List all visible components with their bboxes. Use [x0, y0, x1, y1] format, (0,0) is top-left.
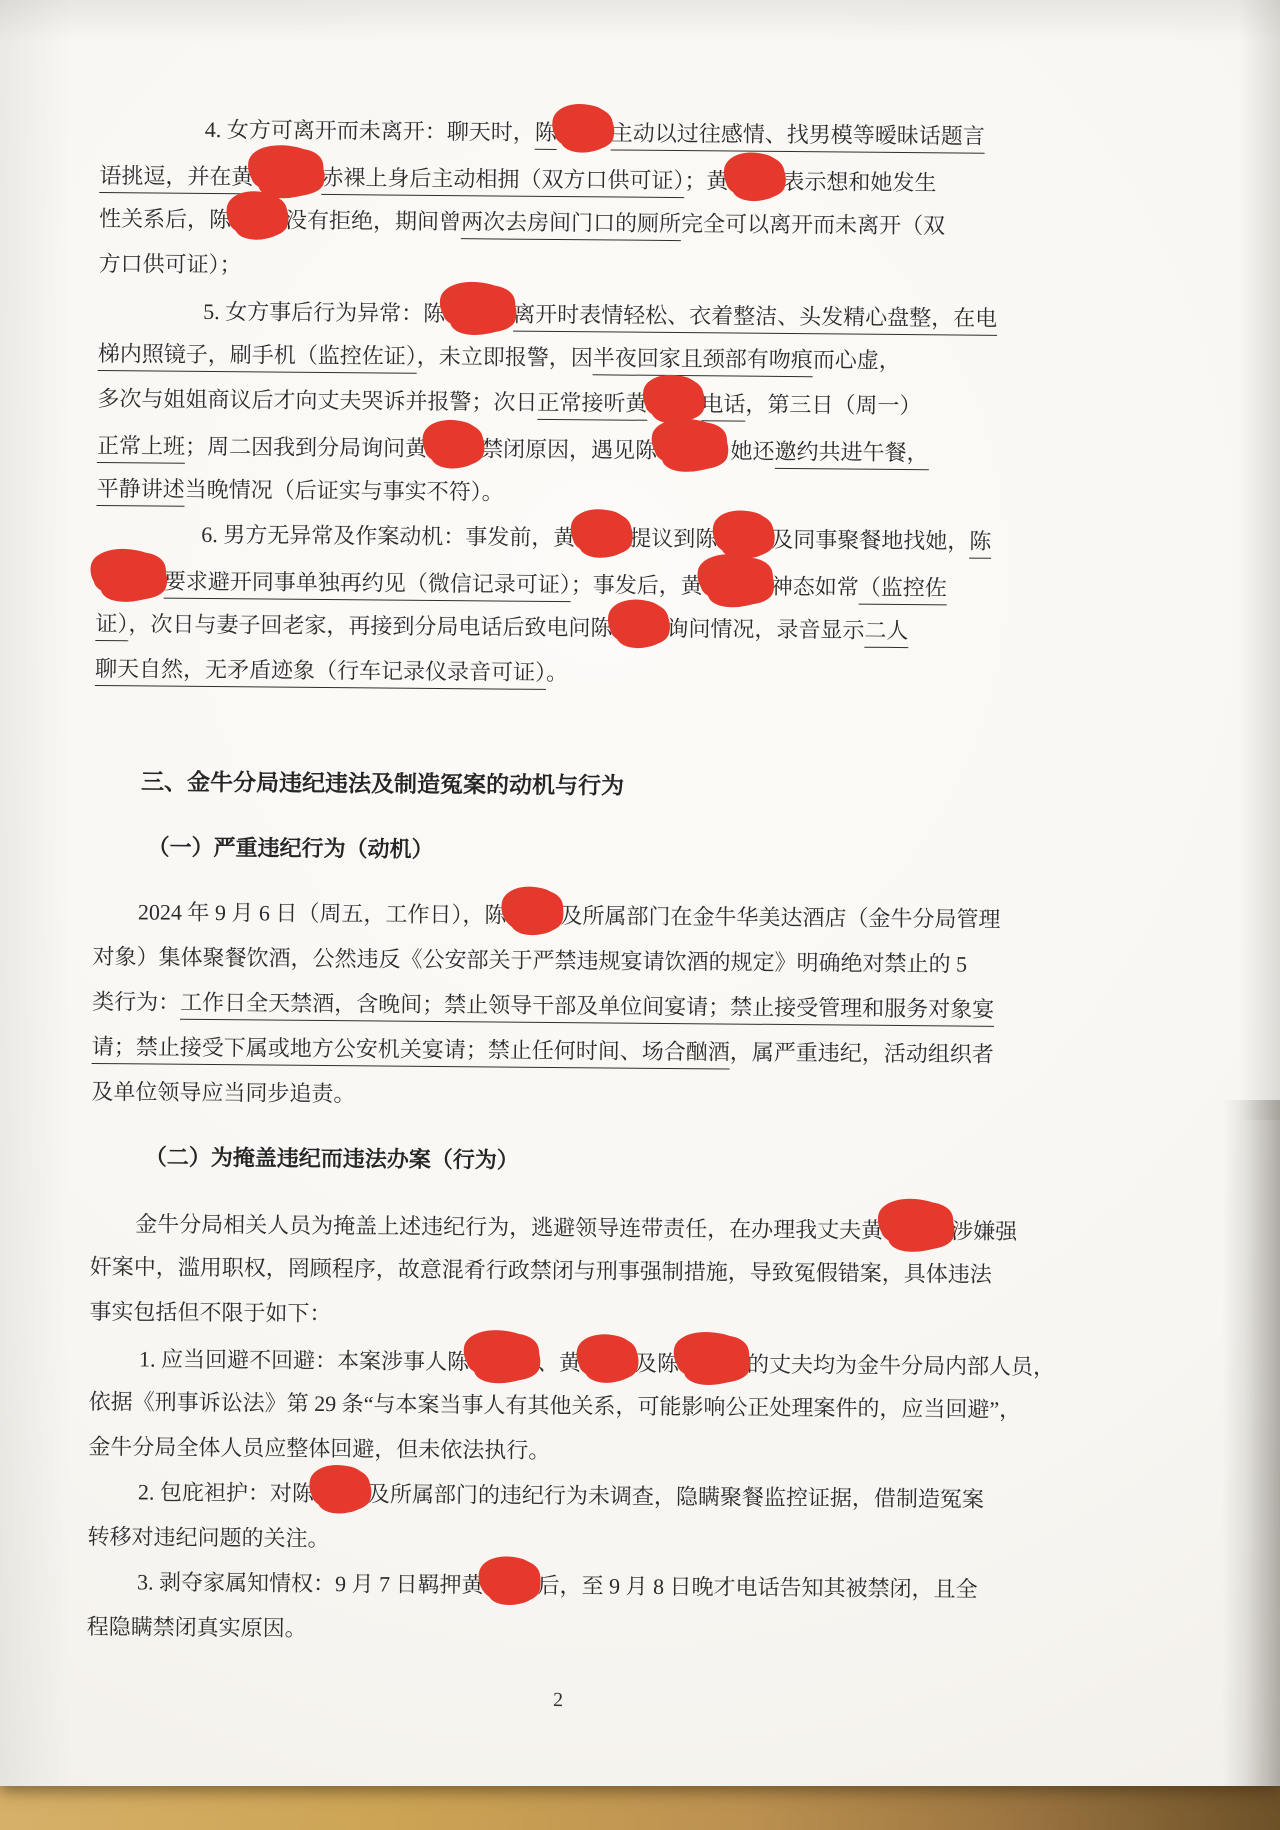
text-line: 聊天自然，无矛盾迹象（行车记录仪录音可证）。 — [95, 646, 1039, 699]
redaction-mark — [579, 1341, 637, 1380]
text-run: 后，至 9 月 8 日晚才电话告知其被禁闭，且全 — [538, 1573, 978, 1602]
text-run: 6. 男方无异常及作案动机：事发前，黄 — [201, 522, 575, 550]
text-run: 3. 剥夺家属知情权：9 月 7 日羁押黄 — [137, 1569, 484, 1597]
text-run: 语挑逗，并在黄 — [99, 163, 253, 194]
text-run: 金牛分局相关人员为掩盖上述违纪行为，逃避领导连带责任，在办理我丈夫黄 — [135, 1211, 883, 1243]
text-run: 对象）集体聚餐饮酒，公然违反《公安部关于严禁违规宴请饮酒的规定》明确绝对禁止的 … — [92, 944, 967, 977]
text-run: 提议到陈 — [629, 526, 717, 552]
text-run: 及所属部门在金牛华美达酒店（金牛分局管理 — [560, 903, 1000, 932]
redaction-mark — [504, 894, 562, 933]
section-heading: （二）为掩盖违纪而违法办案（行为） — [91, 1134, 1035, 1187]
text-run: 表示想和她发生 — [782, 169, 936, 195]
text-line: 程隐瞒禁闭真实原因。 — [87, 1604, 1031, 1657]
text-run: 1. 应当回避不回避：本案涉事人陈 — [139, 1346, 469, 1374]
text-run: 邀约共进午餐， — [774, 439, 928, 470]
text-run: 的丈夫均为金牛分局内部人员， — [747, 1352, 1055, 1380]
text-run: 两次去房间门口的厕所 — [461, 209, 681, 241]
text-run: 转移对违纪问题的关注。 — [87, 1524, 329, 1551]
text-run: 、黄 — [537, 1350, 581, 1375]
text-run: 工作日全天禁酒，含晚间；禁止领导干部及单位间宴请；禁止接受管理和服务对象宴 — [180, 990, 994, 1027]
text-run: 她还 — [725, 438, 775, 463]
text-run: 主动以过往感情、找男模等暧昧话题言 — [611, 120, 985, 153]
text-run: ，未立即报警，因 — [417, 344, 593, 371]
text-run: 依据《刑事诉讼法》第 29 条“与本案当事人有其他关系，可能影响公正处理案件的，… — [89, 1389, 1022, 1422]
text-run: 离开时表情轻松、衣着整洁、头发精心盘整，在电 — [513, 302, 997, 336]
redaction-mark — [655, 426, 727, 468]
text-run: 及同事聚餐地找她， — [771, 527, 969, 554]
text-run: 正常上班 — [97, 433, 185, 464]
text-run: 程隐瞒禁闭真实原因。 — [87, 1614, 307, 1641]
text-run: ，第三日（周一） — [745, 392, 921, 419]
section-heading: （一）严重违纪行为（动机） — [93, 824, 1037, 877]
text-run: ；事发后，黄 — [571, 572, 703, 598]
redaction-mark — [94, 556, 166, 598]
text-run: 而心虚， — [813, 347, 901, 373]
text-run: 及单位领导应当同步追责。 — [91, 1079, 355, 1106]
text-run: 要求避开同事单独再约见（微信记录可证） — [164, 569, 571, 603]
text-run: 赤裸上身后主动相拥（双方口供可证） — [321, 165, 684, 198]
text-run: 三、金牛分局违纪违法及制造冤案的动机与行为 — [141, 768, 624, 798]
text-run: 请；禁止接受下属或地方公安机关宴请；禁止任何时间、场合酗酒 — [92, 1034, 730, 1070]
document-body: 4. 女方可离开而未离开：聊天时，陈主动以过往感情、找男模等暧昧话题言语挑逗，并… — [86, 106, 1044, 1727]
text-run: 金牛分局全体人员应整体回避，但未依法执行。 — [88, 1434, 550, 1463]
page-edge-shadow — [1222, 1100, 1280, 1786]
text-run: 聊天自然，无矛盾迹象（行车记录仪录音可证） — [95, 656, 546, 690]
text-run: 二人 — [864, 618, 908, 648]
text-run: （二）为掩盖违纪而违法办案（行为） — [145, 1144, 519, 1172]
page-number: 2 — [86, 1674, 1030, 1727]
document-photo: 4. 女方可离开而未离开：聊天时，陈主动以过往感情、找男模等暧昧话题言语挑逗，并… — [0, 0, 1280, 1830]
redaction-mark — [481, 1563, 539, 1602]
text-run: ；周二因我到分局询问黄 — [185, 434, 427, 461]
section-heading: 三、金牛分局违纪违法及制造冤案的动机与行为 — [94, 759, 1038, 812]
redaction-mark — [312, 1472, 370, 1511]
redaction-mark — [251, 152, 323, 194]
text-run: 半夜回家且颈部有吻痕 — [593, 345, 813, 377]
text-run: 询问情况，录音显示 — [666, 616, 864, 643]
text-run: 及所属部门的违纪行为未调查，隐瞒聚餐监控证据，借制造冤案 — [368, 1481, 984, 1511]
text-run: 方口供可证）； — [99, 251, 242, 277]
redaction-mark — [443, 289, 515, 331]
text-run: 性关系后，陈 — [99, 206, 231, 232]
redaction-mark — [467, 1337, 539, 1379]
text-run: 类行为： — [92, 989, 180, 1015]
redaction-mark — [677, 1339, 749, 1381]
text-run: 及陈 — [635, 1351, 679, 1376]
text-run: 没有拒绝，期间曾 — [285, 208, 461, 235]
text-run: 梯内照镜子，刷手机（监控佐证） — [98, 341, 417, 374]
text-run: 多次与姐姐商议后才向丈夫哭诉并报警；次日 — [97, 386, 537, 415]
redaction-mark — [726, 159, 784, 198]
text-run: 禁闭原因，遇见陈 — [481, 436, 657, 463]
redaction-mark — [555, 111, 613, 150]
redaction-mark — [701, 561, 773, 603]
redaction-mark — [715, 517, 773, 556]
text-run: （监控佐 — [859, 575, 947, 606]
text-run: 4. 女方可离开而未离开：聊天时， — [205, 117, 535, 145]
text-run: （一）严重违纪行为（动机） — [147, 834, 433, 861]
text-run: 当晚情况（后证实与事实不符）。 — [185, 477, 504, 505]
text-run: 证） — [95, 611, 128, 641]
redaction-mark — [573, 516, 631, 555]
redaction-mark — [229, 198, 287, 237]
text-run: ，次日与妻子回老家，再接到分局电话后致电问陈 — [128, 611, 612, 640]
redaction-mark — [425, 427, 483, 466]
text-run: 2. 包庇袒护：对陈 — [138, 1479, 314, 1506]
text-run: 正常接听黄 — [537, 390, 647, 421]
text-run: 奸案中，滥用职权，罔顾程序，故意混肴行政禁闭与刑事强制措施，导致冤假错案，具体违… — [90, 1254, 992, 1287]
text-run: 2024 年 9 月 6 日（周五，工作日），陈 — [138, 899, 507, 927]
page-edge-shadow — [1234, 0, 1280, 1120]
text-run: 完全可以离开而未离开（双 — [681, 211, 945, 238]
scanned-page: 4. 女方可离开而未离开：聊天时，陈主动以过往感情、找男模等暧昧话题言语挑逗，并… — [0, 0, 1280, 1786]
text-line: 及单位领导应当同步追责。 — [91, 1069, 1035, 1122]
redaction-mark — [645, 382, 703, 421]
redaction-mark — [610, 606, 668, 645]
text-run: 涉嫌强 — [951, 1218, 1017, 1244]
redaction-mark — [881, 1206, 953, 1248]
text-run: 事实包括但不限于如下： — [89, 1299, 331, 1326]
text-run: 5. 女方事后行为异常：陈 — [203, 299, 445, 326]
text-run: ；黄 — [684, 168, 728, 193]
text-run: 。 — [546, 660, 568, 685]
text-run: 陈 — [969, 529, 991, 559]
text-run: 电话 — [701, 391, 745, 421]
text-run: ，属严重违纪，活动组织者 — [730, 1040, 994, 1067]
text-run: 平静讲述 — [97, 476, 185, 507]
text-run: 神态如常 — [771, 574, 859, 600]
